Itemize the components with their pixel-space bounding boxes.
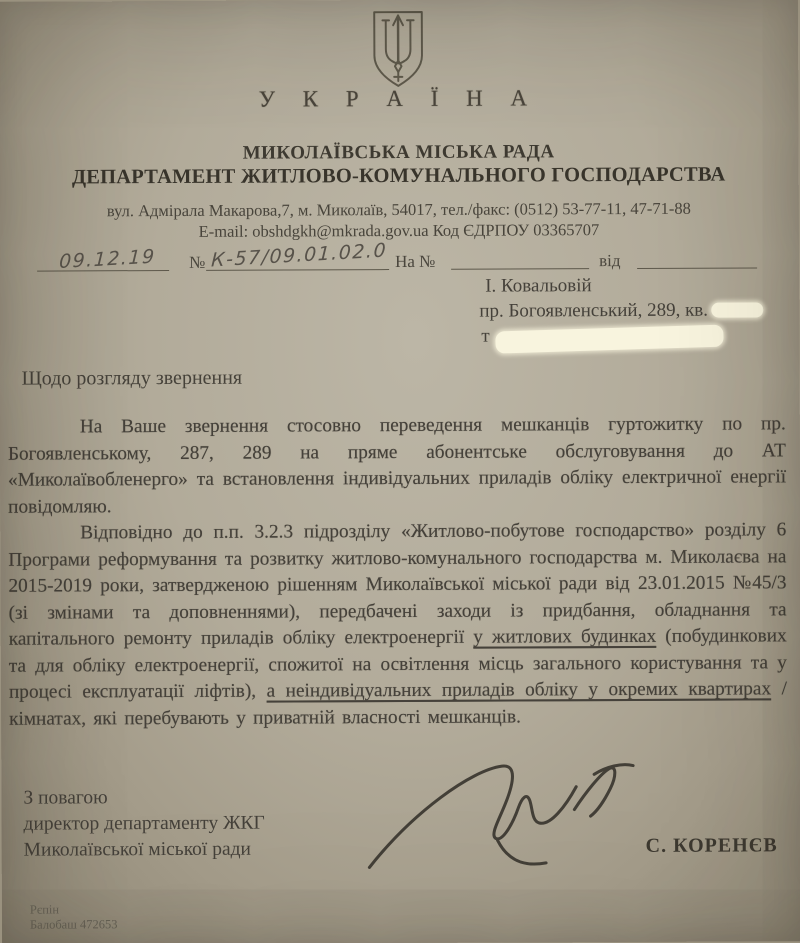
outgoing-number-handwritten: К-57/09.01.02.0 [211,239,388,271]
signer-name: С. КОРЕНЄВ [646,834,778,858]
reply-number-underline [451,267,589,270]
signer-title-line1: директор департаменту ЖКГ [23,811,264,838]
redaction-phone [496,324,725,353]
org-name: МИКОЛАЇВСЬКА МІСЬКА РАДА [0,140,799,165]
closing-block: З повагою директор департаменту ЖКГ Мико… [23,785,265,864]
redaction-apartment [711,303,763,318]
country-name: У К Р А Ї Н А [0,84,798,113]
executor-name: Рєпін [30,902,118,917]
from-label: від [599,251,620,271]
signer-title-line2: Миколаївської міської ради [24,837,265,864]
body-paragraph-2: Відповідно до п.п. 3.2.3 підрозділу «Жит… [8,517,787,732]
recipient-block: І. Ковальовій пр. Богоявленський, 289, к… [479,272,763,348]
recipient-phone: т [481,322,763,348]
coat-of-arms [0,6,798,91]
department-name: ДЕПАРТАМЕНТ ЖИТЛОВО-КОМУНАЛЬНОГО ГОСПОДА… [0,163,799,189]
body-paragraph-1: На Ваше звернення стосовно переведення м… [8,411,786,520]
closing-salutation: З повагою [23,785,264,812]
executor-phone: Балобаш 472653 [30,917,118,932]
recipient-address: пр. Богоявленський, 289, кв. [479,297,763,323]
number-symbol: № [189,253,205,273]
executor-block: Рєпін Балобаш 472653 [30,902,118,932]
underlined-phrase-1: у житлових будинках [473,626,656,648]
underlined-phrase-2: а неіндивідуальних приладів обліку у окр… [267,678,772,701]
address-line: вул. Адмірала Макарова,7, м. Миколаїв, 5… [0,198,799,221]
from-date-underline [637,266,757,269]
email-line: E-mail: obshdgkh@mkrada.gov.ua Код ЄДРПО… [0,219,799,242]
signature-scribble [363,756,649,875]
reply-to-label: На № [395,252,435,272]
subject-line: Щодо розгляду звернення [22,367,243,391]
tryzub-icon [362,8,434,90]
letter-body: На Ваше звернення стосовно переведення м… [8,411,787,732]
scanned-letter: У К Р А Ї Н А МИКОЛАЇВСЬКА МІСЬКА РАДА Д… [0,0,800,943]
recipient-name: І. Ковальовій [485,272,763,298]
phone-prefix: т [481,326,489,347]
